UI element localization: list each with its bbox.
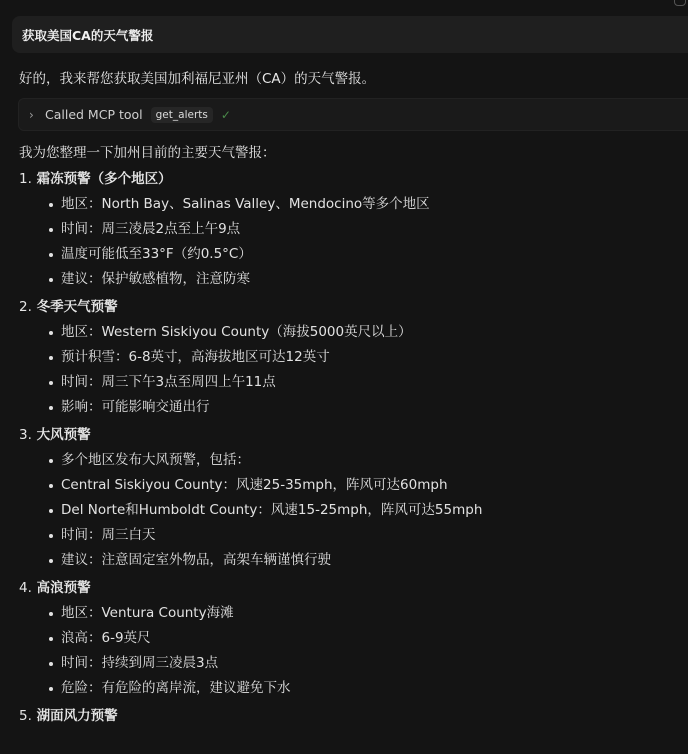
alert-section-lake-wind: 5. 湖面风力预警 xyxy=(19,704,688,729)
list-item: 多个地区发布大风预警，包括： xyxy=(49,448,688,473)
list-item: 危险：有危险的离岸流，建议避免下水 xyxy=(49,676,688,701)
section-title: 4. 高浪预警 xyxy=(19,576,688,601)
list-item: 时间：持续到周三凌晨3点 xyxy=(49,651,688,676)
user-message-text: 获取美国CA的天气警报 xyxy=(22,26,153,44)
alert-section-high-surf: 4. 高浪预警 地区：Ventura County海滩 浪高：6-9英尺 时间：… xyxy=(19,576,688,701)
user-message: 获取美国CA的天气警报 xyxy=(12,16,688,53)
list-item: Del Norte和Humboldt County：风速15-25mph，阵风可… xyxy=(49,498,688,523)
list-item: Central Siskiyou County：风速25-35mph，阵风可达6… xyxy=(49,473,688,498)
assistant-response: 我为您整理一下加州目前的主要天气警报： 1. 霜冻预警（多个地区） 地区：Nor… xyxy=(19,140,688,732)
assistant-intro: 好的，我来帮您获取美国加利福尼亚州（CA）的天气警报。 xyxy=(19,67,375,87)
section-title: 1. 霜冻预警（多个地区） xyxy=(19,167,688,192)
section-title: 3. 大风预警 xyxy=(19,423,688,448)
response-lead: 我为您整理一下加州目前的主要天气警报： xyxy=(19,142,688,164)
tool-call-label: Called MCP tool xyxy=(45,107,143,122)
list-item: 地区：North Bay、Salinas Valley、Mendocino等多个… xyxy=(49,192,688,217)
list-item: 建议：保护敏感植物，注意防寒 xyxy=(49,267,688,292)
chevron-right-icon: › xyxy=(29,108,39,122)
alert-section-wind: 3. 大风预警 多个地区发布大风预警，包括： Central Siskiyou … xyxy=(19,423,688,573)
tool-call-toggle[interactable]: › Called MCP tool get_alerts ✓ xyxy=(18,98,688,131)
list-item: 时间：周三白天 xyxy=(49,523,688,548)
window-corner-icon xyxy=(674,0,686,6)
section-title: 5. 湖面风力预警 xyxy=(19,704,688,729)
list-item: 建议：注意固定室外物品，高架车辆谨慎行驶 xyxy=(49,548,688,573)
tool-name-badge: get_alerts xyxy=(151,107,213,123)
section-title: 2. 冬季天气预警 xyxy=(19,295,688,320)
list-item: 影响：可能影响交通出行 xyxy=(49,395,688,420)
list-item: 温度可能低至33°F（约0.5°C） xyxy=(49,242,688,267)
list-item: 浪高：6-9英尺 xyxy=(49,626,688,651)
alert-section-winter: 2. 冬季天气预警 地区：Western Siskiyou County（海拔5… xyxy=(19,295,688,420)
list-item: 地区：Ventura County海滩 xyxy=(49,601,688,626)
list-item: 时间：周三下午3点至周四上午11点 xyxy=(49,370,688,395)
list-item: 时间：周三凌晨2点至上午9点 xyxy=(49,217,688,242)
check-icon: ✓ xyxy=(221,108,231,122)
list-item: 预计积雪：6-8英寸，高海拔地区可达12英寸 xyxy=(49,345,688,370)
alert-section-frost: 1. 霜冻预警（多个地区） 地区：North Bay、Salinas Valle… xyxy=(19,167,688,292)
list-item: 地区：Western Siskiyou County（海拔5000英尺以上） xyxy=(49,320,688,345)
